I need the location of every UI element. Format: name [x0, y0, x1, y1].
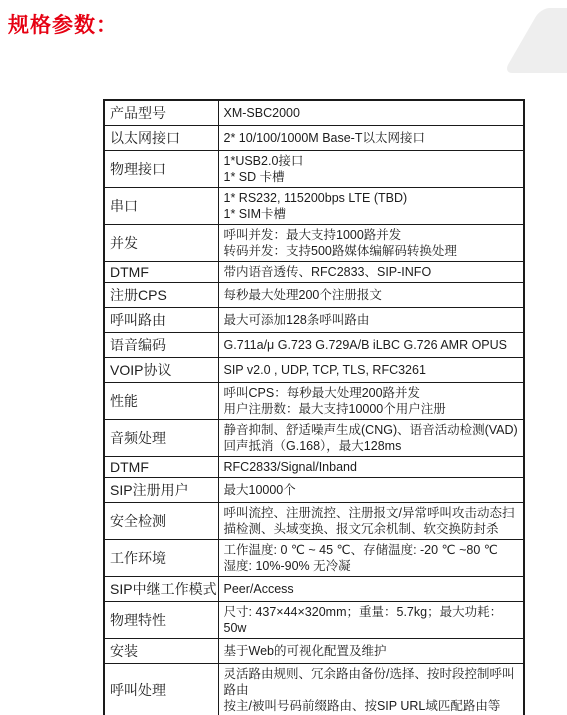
spec-value-line: 转码并发：支持500路媒体编解码转换处理: [224, 243, 520, 259]
table-row: VOIP协议 SIP v2.0 , UDP, TCP, TLS, RFC3261: [104, 358, 524, 383]
spec-label-cell: VOIP协议: [104, 358, 218, 383]
spec-value-cell: 呼叫流控、注册流控、注册报文/异常呼叫攻击动态扫描检测、头域变换、报文冗余机制、…: [218, 503, 524, 540]
spec-value-line: SIP v2.0 , UDP, TCP, TLS, RFC3261: [224, 362, 520, 378]
spec-table: 产品型号 XM-SBC2000 以太网接口 2* 10/100/1000M Ba…: [103, 99, 525, 715]
spec-label-cell: 注册CPS: [104, 283, 218, 308]
table-row: SIP注册用户 最大10000个: [104, 478, 524, 503]
spec-value-cell: 基于Web的可视化配置及维护: [218, 639, 524, 664]
table-row: 呼叫路由 最大可添加128条呼叫路由: [104, 308, 524, 333]
spec-value-cell: 最大可添加128条呼叫路由: [218, 308, 524, 333]
spec-label-cell: SIP注册用户: [104, 478, 218, 503]
spec-page: 规格参数： 产品型号 XM-SBC2000 以太网接口 2* 10/100/10…: [0, 0, 567, 715]
spec-label-cell: DTMF: [104, 262, 218, 283]
table-row: 工作环境 工作温度: 0 ℃ ~ 45 ℃、存储温度: -20 ℃ ~80 ℃湿…: [104, 540, 524, 577]
spec-label-cell: SIP中继工作模式: [104, 577, 218, 602]
spec-value-cell: 呼叫并发：最大支持1000路并发转码并发：支持500路媒体编解码转换处理: [218, 225, 524, 262]
table-row: SIP中继工作模式 Peer/Access: [104, 577, 524, 602]
table-row: 串口 1* RS232, 115200bps LTE (TBD)1* SIM卡槽: [104, 188, 524, 225]
spec-label-cell: 物理接口: [104, 151, 218, 188]
spec-value-cell: 1*USB2.0接口1* SD 卡槽: [218, 151, 524, 188]
spec-value-line: 湿度: 10%-90% 无冷凝: [224, 558, 520, 574]
spec-label-cell: 语音编码: [104, 333, 218, 358]
corner-decoration-shape: [503, 8, 567, 73]
spec-value-line: G.711a/μ G.723 G.729A/B iLBC G.726 AMR O…: [224, 337, 520, 353]
spec-value-cell: 2* 10/100/1000M Base-T以太网接口: [218, 126, 524, 151]
spec-label-cell: 安全检测: [104, 503, 218, 540]
table-row: DTMF 带内语音透传、RFC2833、SIP-INFO: [104, 262, 524, 283]
spec-value-line: 回声抵消（G.168），最大128ms: [224, 438, 520, 454]
table-row: 安装 基于Web的可视化配置及维护: [104, 639, 524, 664]
spec-value-line: 1*USB2.0接口: [224, 153, 520, 169]
spec-value-line: 1* SIM卡槽: [224, 206, 520, 222]
table-row: 性能 呼叫CPS：每秒最大处理200路并发用户注册数：最大支持10000个用户注…: [104, 383, 524, 420]
spec-value-line: 工作温度: 0 ℃ ~ 45 ℃、存储温度: -20 ℃ ~80 ℃: [224, 542, 520, 558]
spec-value-cell: SIP v2.0 , UDP, TCP, TLS, RFC3261: [218, 358, 524, 383]
spec-value-cell: 尺寸: 437×44×320mm；重量：5.7kg；最大功耗：50w: [218, 602, 524, 639]
spec-value-line: 每秒最大处理200个注册报文: [224, 287, 520, 303]
table-row: 产品型号 XM-SBC2000: [104, 100, 524, 126]
spec-label-cell: 呼叫处理: [104, 664, 218, 715]
spec-value-line: 尺寸: 437×44×320mm；重量：5.7kg；最大功耗：50w: [224, 604, 520, 636]
spec-label-cell: 性能: [104, 383, 218, 420]
spec-value-line: 用户注册数：最大支持10000个用户注册: [224, 401, 520, 417]
spec-value-line: Peer/Access: [224, 581, 520, 597]
spec-label-cell: 安装: [104, 639, 218, 664]
spec-label-cell: DTMF: [104, 457, 218, 478]
spec-value-line: 2* 10/100/1000M Base-T以太网接口: [224, 130, 520, 146]
spec-value-cell: 每秒最大处理200个注册报文: [218, 283, 524, 308]
spec-value-line: 带内语音透传、RFC2833、SIP-INFO: [224, 264, 520, 280]
spec-value-line: 按主/被叫号码前缀路由、按SIP URL域匹配路由等: [224, 698, 520, 714]
spec-value-cell: G.711a/μ G.723 G.729A/B iLBC G.726 AMR O…: [218, 333, 524, 358]
spec-label-cell: 串口: [104, 188, 218, 225]
table-row: 呼叫处理 灵活路由规则、冗余路由备份/选择、按时段控制呼叫路由按主/被叫号码前缀…: [104, 664, 524, 715]
spec-value-line: 灵活路由规则、冗余路由备份/选择、按时段控制呼叫路由: [224, 666, 520, 698]
table-row: 语音编码 G.711a/μ G.723 G.729A/B iLBC G.726 …: [104, 333, 524, 358]
spec-value-cell: 呼叫CPS：每秒最大处理200路并发用户注册数：最大支持10000个用户注册: [218, 383, 524, 420]
spec-value-line: 呼叫并发：最大支持1000路并发: [224, 227, 520, 243]
spec-value-cell: XM-SBC2000: [218, 100, 524, 126]
spec-value-line: 呼叫流控、注册流控、注册报文/异常呼叫攻击动态扫描检测、头域变换、报文冗余机制、…: [224, 505, 520, 537]
spec-value-line: 最大10000个: [224, 482, 520, 498]
spec-value-cell: RFC2833/Signal/Inband: [218, 457, 524, 478]
spec-label-cell: 并发: [104, 225, 218, 262]
spec-label-cell: 物理特性: [104, 602, 218, 639]
spec-value-cell: 灵活路由规则、冗余路由备份/选择、按时段控制呼叫路由按主/被叫号码前缀路由、按S…: [218, 664, 524, 715]
table-row: 以太网接口 2* 10/100/1000M Base-T以太网接口: [104, 126, 524, 151]
spec-value-cell: 工作温度: 0 ℃ ~ 45 ℃、存储温度: -20 ℃ ~80 ℃湿度: 10…: [218, 540, 524, 577]
spec-value-line: 静音抑制、舒适噪声生成(CNG)、语音活动检测(VAD): [224, 422, 520, 438]
spec-value-line: 最大可添加128条呼叫路由: [224, 312, 520, 328]
spec-label-cell: 工作环境: [104, 540, 218, 577]
table-row: 注册CPS 每秒最大处理200个注册报文: [104, 283, 524, 308]
spec-label-cell: 呼叫路由: [104, 308, 218, 333]
spec-value-cell: 带内语音透传、RFC2833、SIP-INFO: [218, 262, 524, 283]
spec-table-body: 产品型号 XM-SBC2000 以太网接口 2* 10/100/1000M Ba…: [104, 100, 524, 715]
table-row: 并发 呼叫并发：最大支持1000路并发转码并发：支持500路媒体编解码转换处理: [104, 225, 524, 262]
spec-value-cell: 1* RS232, 115200bps LTE (TBD)1* SIM卡槽: [218, 188, 524, 225]
spec-value-line: XM-SBC2000: [224, 105, 520, 121]
spec-label-cell: 产品型号: [104, 100, 218, 126]
spec-value-cell: 静音抑制、舒适噪声生成(CNG)、语音活动检测(VAD)回声抵消（G.168），…: [218, 420, 524, 457]
spec-value-cell: 最大10000个: [218, 478, 524, 503]
spec-value-line: 1* RS232, 115200bps LTE (TBD): [224, 190, 520, 206]
table-row: DTMF RFC2833/Signal/Inband: [104, 457, 524, 478]
spec-value-line: 呼叫CPS：每秒最大处理200路并发: [224, 385, 520, 401]
table-row: 物理特性 尺寸: 437×44×320mm；重量：5.7kg；最大功耗：50w: [104, 602, 524, 639]
spec-value-line: 1* SD 卡槽: [224, 169, 520, 185]
spec-label-cell: 音频处理: [104, 420, 218, 457]
spec-value-cell: Peer/Access: [218, 577, 524, 602]
table-row: 音频处理 静音抑制、舒适噪声生成(CNG)、语音活动检测(VAD)回声抵消（G.…: [104, 420, 524, 457]
table-row: 安全检测 呼叫流控、注册流控、注册报文/异常呼叫攻击动态扫描检测、头域变换、报文…: [104, 503, 524, 540]
spec-value-line: 基于Web的可视化配置及维护: [224, 643, 520, 659]
spec-label-cell: 以太网接口: [104, 126, 218, 151]
page-title: 规格参数：: [8, 9, 118, 39]
table-row: 物理接口 1*USB2.0接口1* SD 卡槽: [104, 151, 524, 188]
spec-value-line: RFC2833/Signal/Inband: [224, 459, 520, 475]
